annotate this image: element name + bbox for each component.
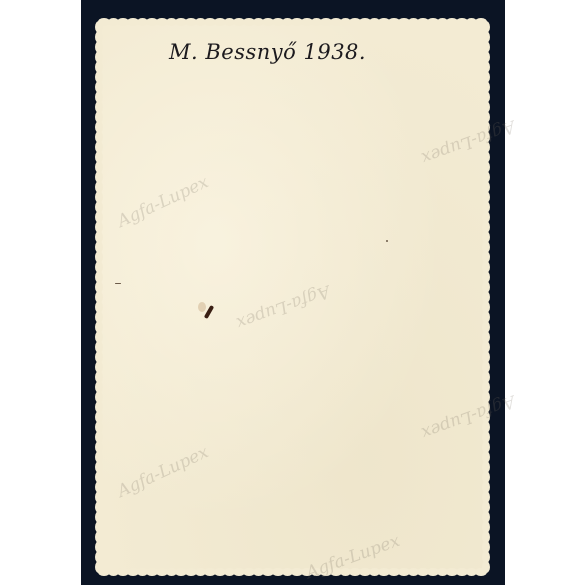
watermark: Agfa-Lupex [234,281,333,333]
photo-back: M. Bessnyő 1938. Agfa-Lupex Agfa-Lupex A… [99,22,486,572]
speck [386,240,388,242]
deckle-edge-top [99,18,486,26]
watermark: Agfa-Lupex [114,172,211,232]
handwritten-inscription: M. Bessnyő 1938. [169,40,366,64]
watermark: Agfa-Lupex [114,442,211,502]
paper-stain [198,302,206,312]
deckle-edge-right [482,22,490,572]
pencil-mark [115,283,121,284]
deckle-edge-left [95,22,103,572]
deckle-edge-bottom [99,568,486,576]
